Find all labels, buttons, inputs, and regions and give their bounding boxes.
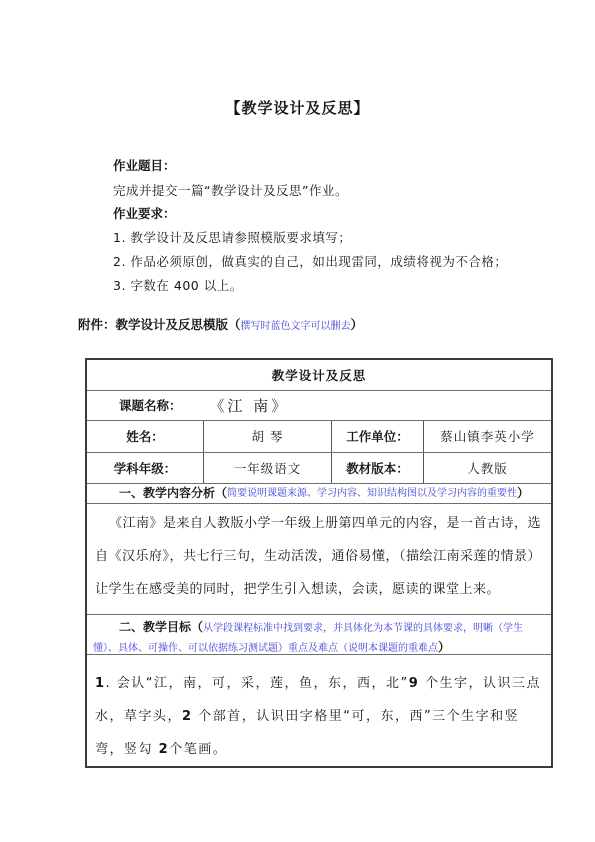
- goal-number: 1: [95, 676, 106, 691]
- topic-row: 课题名称： 《江 南》: [87, 391, 551, 421]
- topic-value: 《江 南》: [210, 395, 290, 416]
- name-label: 姓名：: [87, 421, 204, 453]
- table-title-row: 教学设计及反思: [87, 360, 551, 391]
- unit-label: 工作单位：: [332, 421, 424, 453]
- page-title: 【教学设计及反思】: [0, 97, 595, 118]
- goal-count: 2: [159, 742, 170, 757]
- goal-text: 个笔画。: [169, 742, 227, 757]
- attachment-suffix: ）: [351, 317, 364, 332]
- goal-text: . 会认“江，南，可，采，莲，鱼，东，西，北”: [106, 676, 409, 691]
- section2-heading-row: 二、教学目标（从学段课程标准中找到要求，并具体化为本节课的具体要求，明晰（学生懂…: [87, 615, 551, 655]
- teaching-design-table: 教学设计及反思 课题名称： 《江 南》 姓名： 胡 琴 工作单位： 蔡山镇李英小…: [85, 358, 553, 768]
- section2-heading: 二、教学目标（: [119, 620, 203, 634]
- section2-content: 1. 会认“江，南，可，采，莲，鱼，东，西，北”9 个生字，认识三点水，草字头，…: [87, 655, 551, 766]
- section1-heading-close: ）: [517, 484, 529, 503]
- info-row-name: 姓名： 胡 琴 工作单位： 蔡山镇李英小学: [87, 421, 551, 454]
- section1-blue-note: 简要说明课题来源、学习内容、知识结构图以及学习内容的重要性: [227, 484, 517, 503]
- requirement-item: 3. 字数在 400 以上。: [113, 276, 243, 294]
- section1-line: 自《汉乐府》，共七行三句，生动活泼，通俗易懂，（描绘江南采莲的情景）: [95, 540, 543, 573]
- section1-heading-row: 一、教学内容分析（简要说明课题来源、学习内容、知识结构图以及学习内容的重要性）: [87, 484, 551, 504]
- section1-content: 《江南》是来自人教版小学一年级上册第四单元的内容，是一首古诗，选 自《汉乐府》，…: [87, 504, 551, 615]
- edition-value: 人教版: [424, 453, 551, 483]
- assignment-require-label: 作业要求：: [113, 204, 176, 222]
- edition-label: 教材版本：: [332, 453, 424, 483]
- requirement-item: 2. 作品必须原创，做真实的自己，如出现雷同，成绩将视为不合格；: [113, 252, 507, 270]
- unit-value: 蔡山镇李英小学: [424, 421, 551, 453]
- section2-blue-note-line2: 操作、可以依据练习测试题）重点及难点（说明本课题的重难点: [158, 643, 438, 654]
- topic-label: 课题名称：: [119, 396, 182, 414]
- info-row-grade: 学科年级： 一年级语文 教材版本： 人教版: [87, 453, 551, 484]
- attachment-blue-note: 撰写时蓝色文字可以删去: [241, 321, 351, 332]
- goal-text: 草字头，: [124, 709, 182, 724]
- section1-line: 《江南》是来自人教版小学一年级上册第四单元的内容，是一首古诗，选: [95, 507, 543, 540]
- grade-value: 一年级语文: [204, 453, 332, 483]
- grade-label: 学科年级：: [87, 453, 204, 483]
- assignment-topic-label: 作业题目：: [113, 156, 176, 174]
- section1-line: 让学生在感受美的同时，把学生引入想读，会读，愿读的课堂上来。: [95, 573, 543, 606]
- attachment-line: 附件：教学设计及反思模版（撰写时蓝色文字可以删去）: [78, 315, 363, 333]
- goal-count: 2: [182, 709, 193, 724]
- document-page: 【教学设计及反思】 作业题目： 完成并提交一篇“教学设计及反思”作业。 作业要求…: [0, 0, 595, 842]
- assignment-topic-text: 完成并提交一篇“教学设计及反思”作业。: [113, 181, 348, 199]
- goal-count: 9: [409, 676, 420, 691]
- section1-heading: 一、教学内容分析（: [119, 484, 227, 503]
- requirement-item: 1. 教学设计及反思请参照模版要求填写；: [113, 228, 351, 246]
- section2-heading-close: ）: [438, 640, 450, 654]
- attachment-prefix: 附件：教学设计及反思模版（: [78, 317, 241, 332]
- name-value: 胡 琴: [204, 421, 332, 453]
